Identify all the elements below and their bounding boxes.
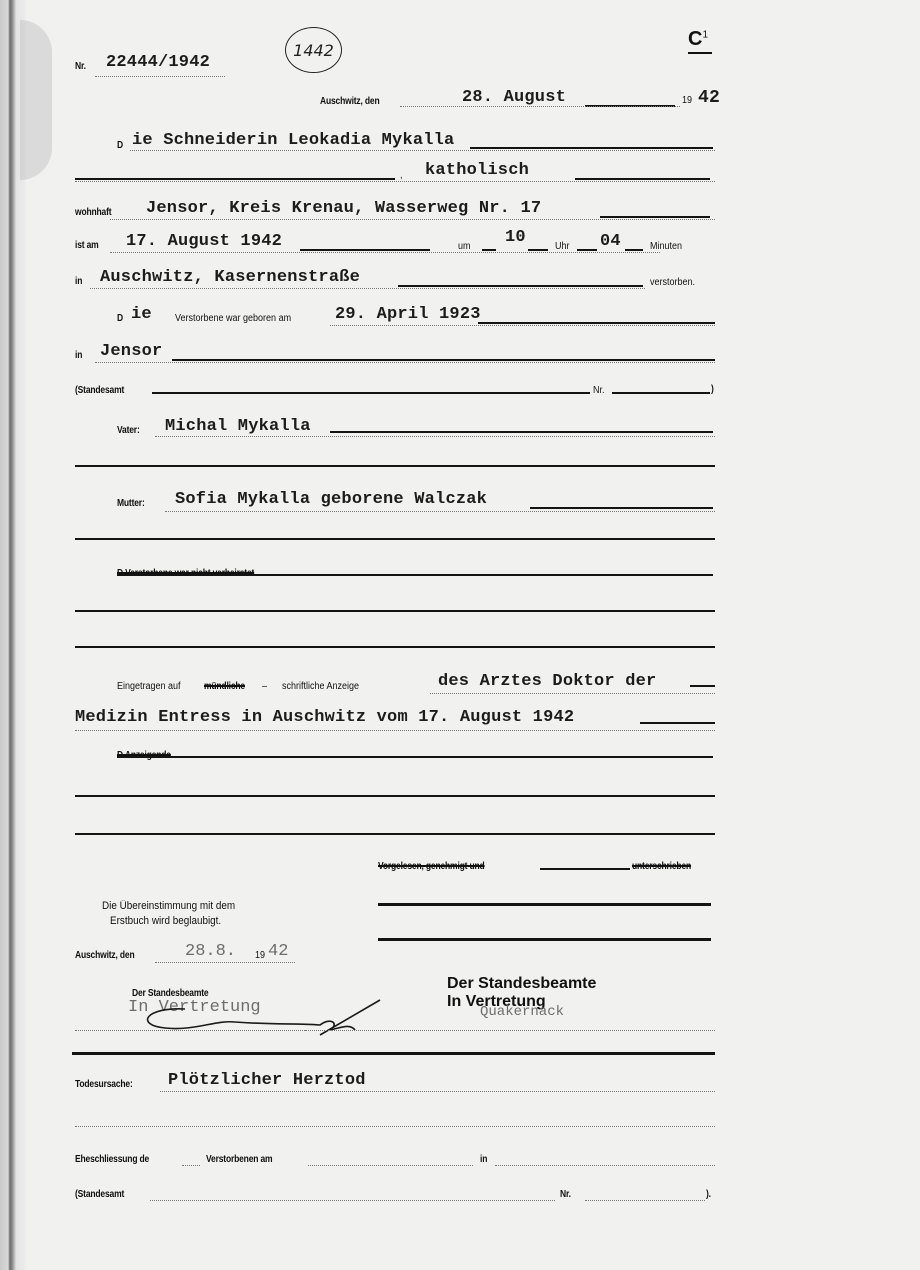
mother-dots <box>165 511 715 512</box>
minutes-label: Minuten <box>650 241 682 252</box>
birth-in-label: in <box>75 350 82 361</box>
cert-date: 28.8. <box>185 942 236 961</box>
report-rule-2 <box>640 722 715 724</box>
cert-rule-2 <box>378 938 711 941</box>
marriage-in-label: in <box>480 1154 487 1165</box>
birth-article-suffix: ie <box>131 305 152 324</box>
residence-rule <box>600 216 710 218</box>
cause-dots-2 <box>75 1126 715 1127</box>
deceased-dots <box>130 150 715 151</box>
report-rule-1 <box>690 685 715 687</box>
hour-rule-left <box>482 249 496 251</box>
cause-label: Todesursache: <box>75 1079 133 1090</box>
father-rule <box>330 431 713 433</box>
section-divider <box>72 1052 715 1055</box>
report-dots-1 <box>430 693 715 694</box>
circled-number-stamp: 1442 <box>285 27 342 73</box>
form-code: C1 <box>688 28 712 54</box>
cause-dots <box>160 1091 715 1092</box>
nr-label: Nr. <box>75 61 86 72</box>
marriage-nr-dots <box>585 1200 705 1201</box>
report-oral-struck: mündliche <box>204 681 245 692</box>
read-approved-rule <box>540 868 630 870</box>
mother-name: Sofia Mykalla geborene Walczak <box>175 490 487 509</box>
report-written-label: schriftliche Anzeige <box>282 681 359 692</box>
report-dots-2 <box>75 730 715 731</box>
cause-of-death: Plötzlicher Herztod <box>168 1071 366 1090</box>
place-of-death-rule <box>398 285 643 287</box>
report-line-1: des Arztes Doktor der <box>438 672 656 691</box>
residence-label: wohnhaft <box>75 207 111 218</box>
comma: , <box>400 170 403 181</box>
cert-place-label: Auschwitz, den <box>75 950 134 961</box>
birth-registry-label: (Standesamt <box>75 385 124 396</box>
conformity-line-1: Die Übereinstimmung mit dem <box>102 900 235 912</box>
document-date: 28. August <box>462 88 566 107</box>
minute-rule-right <box>625 249 643 251</box>
death-date: 17. August 1942 <box>126 232 282 251</box>
birth-registry-rule <box>152 392 590 394</box>
father-rule-2 <box>75 465 715 467</box>
marriage-nr-label: Nr. <box>560 1189 571 1200</box>
in-label: in <box>75 276 82 287</box>
cert-year-prefix: 19 <box>255 950 265 961</box>
hour-rule-right <box>528 249 548 251</box>
mother-label: Mutter: <box>117 498 145 509</box>
right-signatory-title: Der Standesbeamte <box>447 976 596 992</box>
marriage-label: Eheschliessung de <box>75 1154 149 1165</box>
article-prefix: D <box>117 140 123 151</box>
marriage-close: ). <box>706 1189 711 1200</box>
birth-registry-close: ) <box>711 384 714 395</box>
marriage-article-dots <box>182 1165 200 1166</box>
death-date-rule <box>300 249 430 251</box>
father-name: Michal Mykalla <box>165 417 311 436</box>
birth-registry-nr-label: Nr. <box>593 385 605 396</box>
at-label: um <box>458 241 471 252</box>
place-of-death-dots <box>90 288 645 289</box>
register-number: 22444/1942 <box>106 53 210 72</box>
died-on-label: ist am <box>75 240 99 251</box>
birth-place-rule <box>172 359 715 361</box>
birth-label: Verstorbene war geboren am <box>175 313 291 324</box>
birth-place-dots <box>95 362 715 363</box>
religion: katholisch <box>425 161 529 180</box>
right-signatory-name: Quakernack <box>480 1004 564 1020</box>
report-line-2: Medizin Entress in Auschwitz vom 17. Aug… <box>75 708 574 727</box>
deceased-rule <box>470 147 713 149</box>
place-date-label: Auschwitz, den <box>320 96 379 107</box>
marriage-registry-dots <box>150 1200 555 1201</box>
informant-rule-2 <box>75 833 715 835</box>
cert-date-dots <box>155 962 295 963</box>
nr-line <box>95 76 225 77</box>
marital-rule-2 <box>75 646 715 648</box>
birth-date-dots <box>330 325 715 326</box>
death-minutes: 04 <box>600 232 621 251</box>
father-dots <box>155 436 715 437</box>
conformity-line-2: Erstbuch wird beglaubigt. <box>110 915 221 927</box>
year-prefix: 19 <box>682 95 692 106</box>
informant-strike-rule <box>117 756 713 758</box>
died-label: verstorben. <box>650 277 695 288</box>
mother-rule-2 <box>75 538 715 540</box>
marital-rule-1 <box>75 610 715 612</box>
religion-dots <box>75 181 715 182</box>
hour-label: Uhr <box>555 241 570 252</box>
report-dash: – <box>262 681 267 692</box>
mother-rule <box>530 507 713 509</box>
marriage-place-dots <box>495 1165 715 1166</box>
deceased-description: ie Schneiderin Leokadia Mykalla <box>132 131 454 150</box>
marriage-label-2: Verstorbenen am <box>206 1154 272 1165</box>
birth-place: Jensor <box>100 342 162 361</box>
marriage-registry-label: (Standesamt <box>75 1189 124 1200</box>
page-binding-edge <box>0 0 26 1270</box>
page-shadow <box>20 20 52 180</box>
place-of-death: Auschwitz, Kasernenstraße <box>100 268 360 287</box>
right-signature-line <box>305 1030 715 1031</box>
left-signature-line <box>75 1030 305 1031</box>
death-hour: 10 <box>505 228 526 247</box>
marital-strike-rule <box>117 574 713 576</box>
signed-struck: unterschrieben <box>632 861 691 872</box>
religion-rule-right <box>575 178 710 180</box>
cert-year-suffix: 42 <box>268 942 288 961</box>
marriage-date-dots <box>308 1165 473 1166</box>
residence: Jensor, Kreis Krenau, Wasserweg Nr. 17 <box>146 199 541 218</box>
read-approved-struck: Vorgelesen, genehmigt und <box>378 861 485 872</box>
year-suffix: 42 <box>698 88 720 108</box>
handwritten-signature-icon <box>125 995 385 1040</box>
father-label: Vater: <box>117 425 140 436</box>
report-label-prefix: Eingetragen auf <box>117 681 181 692</box>
birth-registry-nr-rule <box>612 392 710 394</box>
residence-dots <box>110 219 715 220</box>
death-dots <box>110 252 660 253</box>
religion-rule-left <box>75 178 395 180</box>
date-dots <box>400 106 680 107</box>
minute-rule-left <box>577 249 597 251</box>
birth-date-rule <box>478 322 715 324</box>
informant-rule-1 <box>75 795 715 797</box>
cert-rule-1 <box>378 903 711 906</box>
birth-date: 29. April 1923 <box>335 305 481 324</box>
birth-article-prefix: D <box>117 313 123 324</box>
